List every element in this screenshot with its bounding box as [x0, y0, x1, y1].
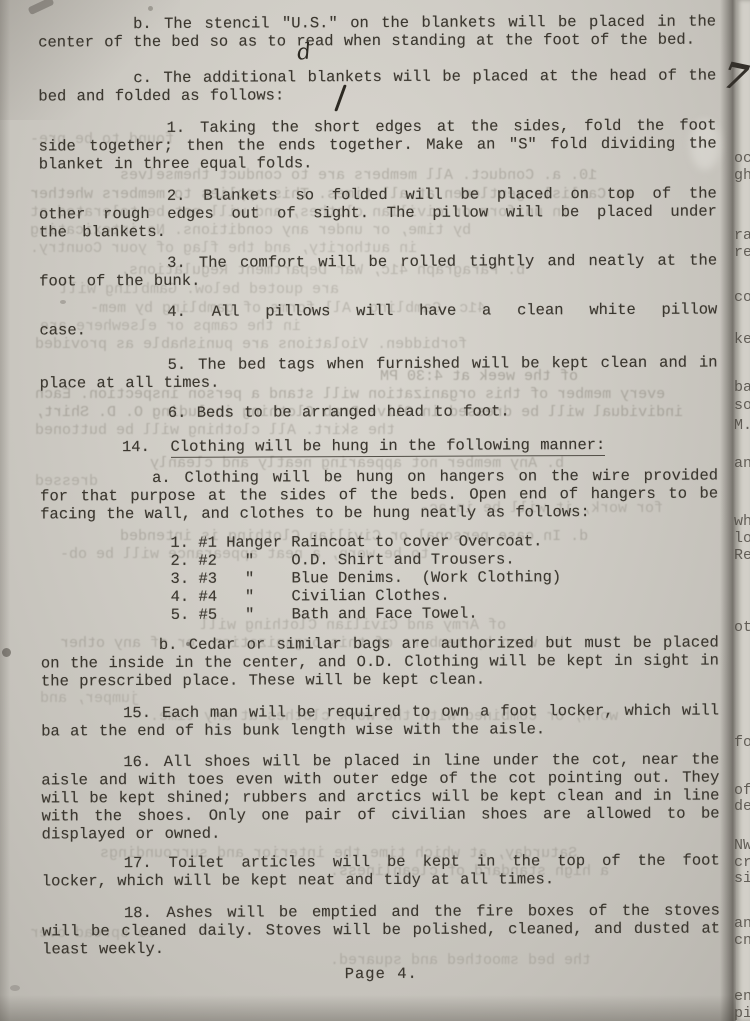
list-item-4: 4. All pillows will have a clean white p… [39, 301, 717, 340]
hanger-row-5: 5. #5 " Bath and Face Towel. [41, 604, 719, 625]
section-14-title: Clothing will be hung in the following m… [170, 436, 605, 458]
edge-text-fragment: gh [734, 167, 750, 184]
list-item-5: 5. The bed tags when furnished will be k… [40, 354, 718, 393]
list-item-6: 6. Beds to be arranged head to foot. [40, 402, 718, 423]
edge-text-fragment: si [734, 870, 750, 887]
edge-text-fragment: Re [734, 547, 750, 564]
edge-text-fragment: de [734, 798, 750, 815]
edge-text-fragment: M. [734, 417, 750, 434]
edge-text-fragment: cn [734, 932, 750, 949]
edge-text-fragment: ra [734, 227, 750, 244]
edge-text-fragment: fo [734, 734, 750, 751]
paper-stain [10, 985, 20, 991]
edge-text-fragment: of [734, 782, 750, 799]
edge-text-fragment: re [734, 244, 750, 261]
paper-bottom-shading [0, 995, 750, 1021]
edge-text-fragment: oc [734, 150, 750, 167]
section-14-heading: 14. Clothing will be hung in the followi… [40, 436, 718, 457]
paper-left-shading [0, 0, 10, 1021]
edge-text-fragment: ba [734, 379, 750, 396]
paragraph-c: c. The additional blankets will be place… [38, 67, 716, 106]
paragraph-14b: b. Cedar or similar bags are authorized … [41, 634, 719, 691]
paragraph-b: b. The stencil "U.S." on the blankets wi… [38, 13, 716, 52]
paper-stain [2, 648, 11, 657]
edge-text-fragment: an [734, 915, 750, 932]
edge-text-fragment: en [734, 988, 750, 1005]
paragraph-18: 18. Ashes will be emptied and the fire b… [42, 902, 720, 959]
section-number: 14. [122, 438, 150, 456]
edge-text-fragment: cr [734, 854, 750, 871]
paragraph-14a: a. Clothing will be hung on hangers on t… [40, 467, 718, 524]
list-item-2: 2. Blankets so folded will be placed on … [39, 185, 717, 242]
paragraph-16: 16. All shoes will be placed in line und… [41, 751, 719, 844]
list-item-1: 1. Taking the short edges at the sides, … [39, 117, 717, 174]
edge-text-fragment: lo [734, 530, 750, 547]
edge-text-fragment: wh [734, 513, 750, 530]
edge-text-fragment: ot [734, 619, 750, 636]
page-number: Page 4. [42, 964, 720, 985]
paragraph-15: 15. Each man will be required to own a f… [41, 702, 719, 741]
document-page: found to be pre-10. a. Conduct. All memb… [0, 0, 750, 1021]
edge-text-fragment: co [734, 289, 750, 306]
edge-text-fragment: so [734, 397, 750, 414]
handwritten-d-annotation: d [296, 39, 313, 65]
paragraph-17: 17. Toilet articles will be kept in the … [42, 852, 720, 891]
hanger-list: 1. #1 Hanger Raincoat to cover Overcoat.… [40, 532, 718, 625]
edge-text-fragment: pi [734, 1005, 750, 1021]
typed-content: b. The stencil "U.S." on the blankets wi… [38, 0, 720, 984]
edge-text-fragment: ke [734, 331, 750, 348]
edge-text-fragment: NW [734, 837, 750, 854]
edge-text-fragment: an [734, 455, 750, 472]
list-item-3: 3. The comfort will be rolled tightly an… [39, 252, 717, 291]
